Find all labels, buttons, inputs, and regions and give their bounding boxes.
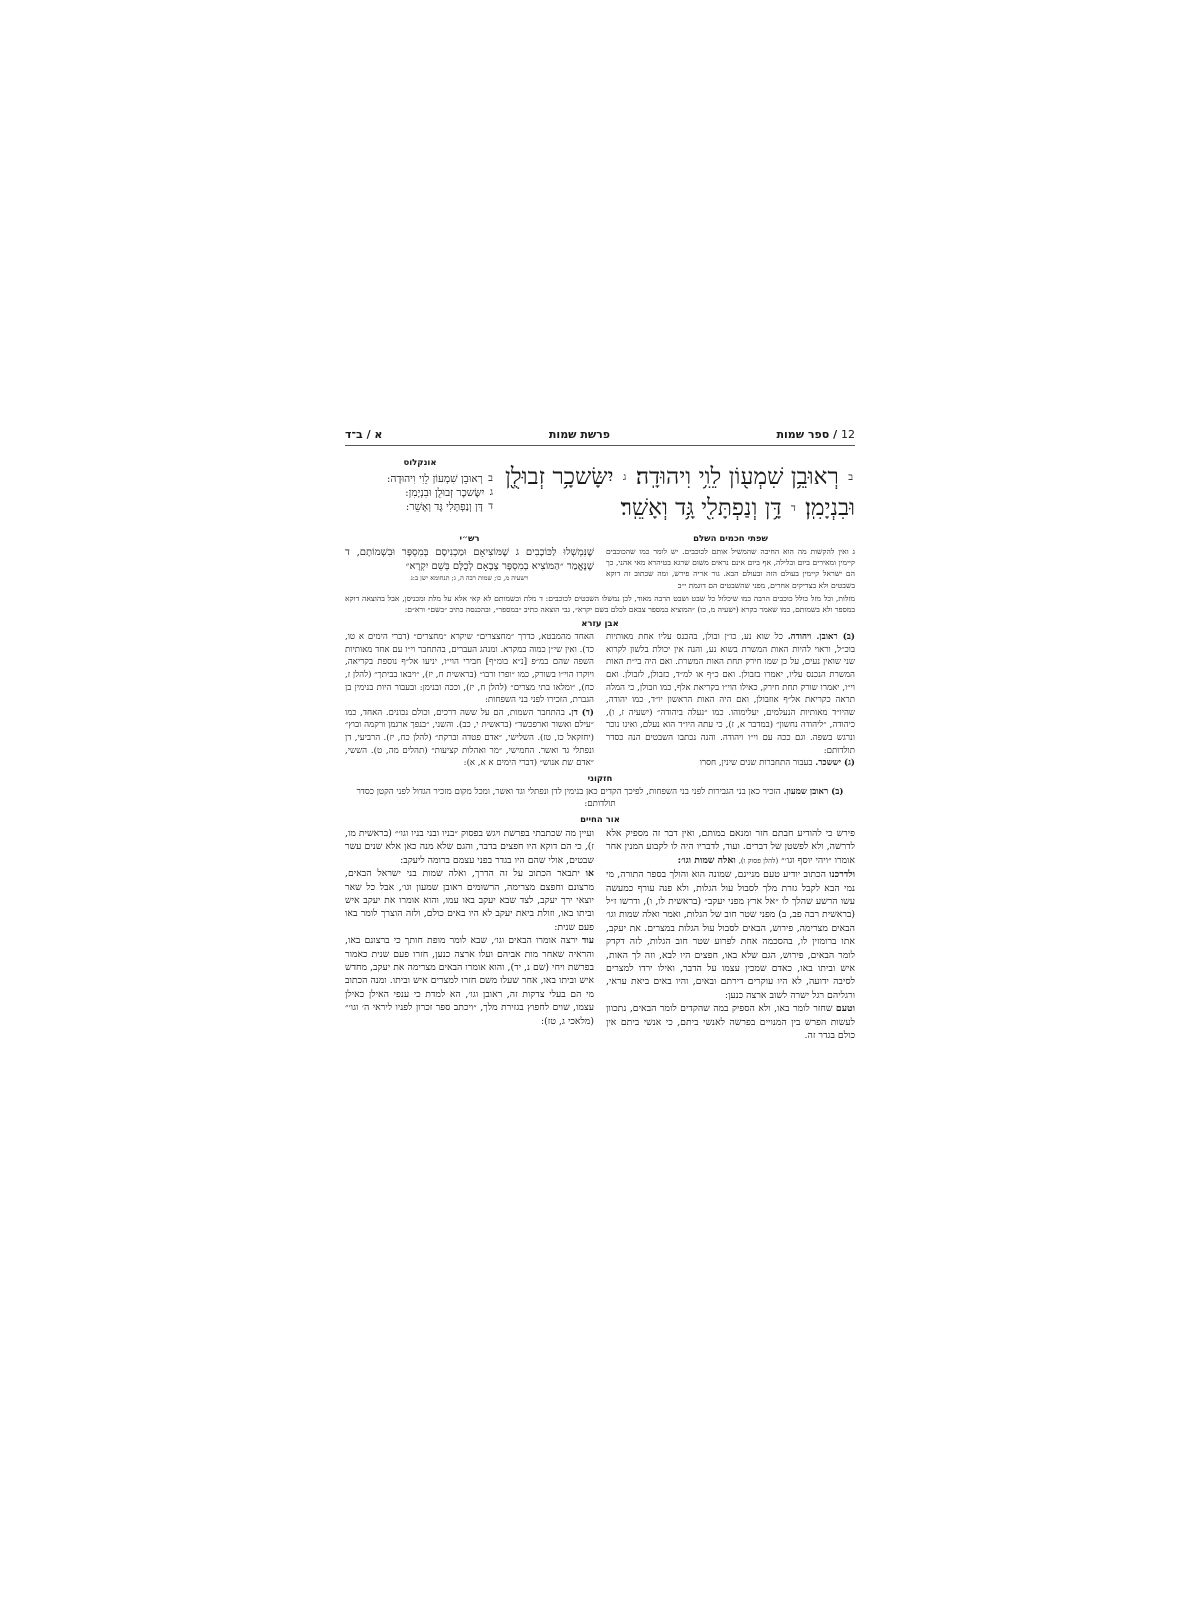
dibur-hamatchil: עוד: [582, 935, 594, 946]
commentary-text: ועיין מה שכתבתי בפרשת ויגש בפסוק ״בניו ו…: [345, 828, 594, 866]
commentary-text: בעבור התחברות שנים שינין, חסרו: [700, 758, 813, 768]
dibur-hamatchil: (ב) ראובן. ויהודה.: [788, 632, 855, 642]
ohr-hachaim-paragraph: וטעם שחזר לומר באו, ולא הספיק במה שהקדים…: [606, 1002, 855, 1042]
onkelos-text: רְאוּבֵן שִׁמְעוֹן לֵוִי וִיהוּדָה:: [387, 473, 483, 485]
siftei-chachamim-text: ג ואין להקשות מה הוא החיבה שהמשיל אותם ל…: [606, 546, 855, 591]
ibn-ezra-paragraph: האחד מהמבטא, כדרך ״מחצצרים״ שיקרא ״מחצרי…: [345, 631, 594, 707]
ibn-ezra-left-column: האחד מהמבטא, כדרך ״מחצצרים״ שיקרא ״מחצרי…: [345, 631, 594, 770]
ibn-ezra-right-column: (ב) ראובן. ויהודה. כל שוא נע, כו״ן ובולן…: [606, 631, 855, 770]
dibur-hamatchil: או: [586, 868, 594, 879]
onkelos-line: ג יִשָּׂשכָר זְבוּלֻן וּבִנְיָמִן:: [345, 486, 495, 500]
book-title: ספר שמות: [777, 428, 830, 441]
ohr-hachaim-paragraph: ועיין מה שכתבתי בפרשת ויגש בפסוק ״בניו ו…: [345, 827, 594, 867]
chizkuni-title: חזקוני: [345, 774, 855, 784]
onkelos-text: יִשָּׂשכָר זְבוּלֻן וּבִנְיָמִן:: [405, 487, 484, 499]
rashi-text: שֶׁנִּמְשְׁלוּ לַכּוֹכָבִים ג שֶׁמּוֹצִי…: [345, 546, 594, 574]
ohr-hachaim-title: אור החיים: [345, 815, 855, 825]
dibur-hamatchil: וטעם: [836, 1003, 855, 1014]
dibur-hamatchil: ואלה שמות וגו׳:: [678, 855, 736, 866]
onkelos-line: ב רְאוּבֵן שִׁמְעוֹן לֵוִי וִיהוּדָה:: [345, 472, 495, 486]
rashi-sources: וישעיה מ, כו; שמות רבה ה, ג; תנחומא ישן …: [345, 574, 594, 582]
ohr-hachaim-paragraph: ולדרכנו הכתוב יודיע טעם מניינם, שמונה הו…: [606, 868, 855, 1002]
verse-number: ב: [488, 473, 493, 484]
source-reference: (להלן פסוק ו),: [739, 857, 778, 865]
commentary-text: כל שוא נע, כו״ן ובולן, בהכנס עליו אחת מא…: [606, 632, 855, 755]
verse-text: רְאוּבֵ֥ן שִׁמְע֖וֹן לֵוִ֥י וִיהוּדָֽה׃: [636, 464, 839, 490]
verse-block: ב רְאוּבֵ֥ן שִׁמְע֖וֹן לֵוִ֥י וִיהוּדָֽה…: [345, 452, 855, 524]
page-number: 12: [841, 428, 855, 441]
torah-text: ב רְאוּבֵ֥ן שִׁמְע֖וֹן לֵוִ֥י וִיהוּדָֽה…: [505, 452, 855, 524]
verse-number: ד: [791, 503, 796, 514]
ibn-ezra-paragraph: (ב) ראובן. ויהודה. כל שוא נע, כו״ן ובולן…: [606, 631, 855, 757]
verse-number: ג: [623, 472, 626, 483]
commentary-text: שחזר לומר באו, ולא הספיק במה שהקדים לומר…: [606, 1003, 855, 1041]
ohr-hachaim-left-column: ועיין מה שכתבתי בפרשת ויגש בפסוק ״בניו ו…: [345, 827, 594, 1043]
rashi-title: רש״י: [345, 534, 594, 544]
separator: /: [833, 428, 837, 441]
siftei-rashi-row: שפתי חכמים השלם ג ואין להקשות מה הוא החי…: [345, 530, 855, 591]
siftei-chachamim-section: שפתי חכמים השלם ג ואין להקשות מה הוא החי…: [606, 530, 855, 591]
ohr-hachaim-paragraph: או יתבאר הכתוב על זה הדרך, ואלה שמות בני…: [345, 867, 594, 934]
commentary-text: הזכיר כאן בני הגבירות לפני בני השפחות, ל…: [357, 787, 781, 810]
ibn-ezra-title: אבן עזרא: [345, 619, 855, 629]
verse-number: ב: [848, 472, 853, 483]
onkelos-title: אונקלוס: [345, 456, 495, 470]
book-page: 12 / ספר שמות פרשת שמות א / ב־ד ב רְאוּב…: [345, 428, 855, 1042]
chapter-verse: א / ב־ד: [345, 428, 382, 441]
dibur-hamatchil: (ג) יששכר.: [815, 758, 855, 768]
verse-number: ג: [490, 487, 493, 498]
commentary-text: יתבאר הכתוב על זה הדרך, ואלה שמות בני יש…: [345, 868, 594, 933]
ibn-ezra-paragraph: (ג) יששכר. בעבור התחברות שנים שינין, חסר…: [606, 757, 855, 770]
ohr-hachaim-section: פירש כי להודיע חבתם חזר ומנאם במותם, ואי…: [345, 827, 855, 1043]
ibn-ezra-section: (ב) ראובן. ויהודה. כל שוא נע, כו״ן ובולן…: [345, 631, 855, 770]
running-head: 12 / ספר שמות פרשת שמות א / ב־ד: [345, 428, 855, 446]
commentary-text: ירצה אומרו הבאים וגו׳, שבא לומר מופת חות…: [345, 935, 594, 1026]
ohr-hachaim-paragraph: פירש כי להודיע חבתם חזר ומנאם במותם, ואי…: [606, 827, 855, 868]
commentary-text: האחד מהמבטא, כדרך ״מחצצרים״ שיקרא ״מחצרי…: [345, 632, 594, 705]
dibur-hamatchil: (ב) ראובן שמעון.: [783, 787, 843, 797]
ohr-hachaim-paragraph: עוד ירצה אומרו הבאים וגו׳, שבא לומר מופת…: [345, 934, 594, 1028]
ibn-ezra-paragraph: (ד) דן. בהתחבר השמות, הם על ששה דרכים, ו…: [345, 707, 594, 770]
onkelos-text: דָּן וְנַפְתָּלִי גָּד וְאָשֵׁר:: [406, 501, 483, 513]
commentary-text: בהתחבר השמות, הם על ששה דרכים, וכולם נכו…: [345, 708, 594, 768]
rashi-section: רש״י שֶׁנִּמְשְׁלוּ לַכּוֹכָבִים ג שֶׁמּ…: [345, 530, 594, 591]
chizkuni-section: (ב) ראובן שמעון. הזכיר כאן בני הגבירות ל…: [345, 786, 855, 811]
dibur-hamatchil: (ד) דן.: [569, 708, 594, 718]
siftei-chachamim-title: שפתי חכמים השלם: [606, 534, 855, 544]
siftei-chachamim-continued: מזלות, וכל מזל כולל כוכבים הרבה כמו שיכל…: [345, 593, 855, 615]
verse-number: ד: [488, 501, 493, 512]
verse-text: דָּ֥ן וְנַפְתָּלִ֖י גָּ֥ד וְאָשֵֽׁר׃: [621, 495, 782, 521]
dibur-hamatchil: ולדרכנו: [829, 869, 855, 880]
parsha-title: פרשת שמות: [549, 428, 610, 441]
onkelos-section: אונקלוס ב רְאוּבֵן שִׁמְעוֹן לֵוִי וִיהו…: [345, 452, 495, 524]
ohr-hachaim-right-column: פירש כי להודיע חבתם חזר ומנאם במותם, ואי…: [606, 827, 855, 1043]
commentary-text: הכתוב יודיע טעם מניינם, שמונה הוא והולך …: [606, 869, 855, 1001]
folio-and-book: 12 / ספר שמות: [777, 428, 855, 441]
onkelos-line: ד דָּן וְנַפְתָּלִי גָּד וְאָשֵׁר:: [345, 500, 495, 514]
